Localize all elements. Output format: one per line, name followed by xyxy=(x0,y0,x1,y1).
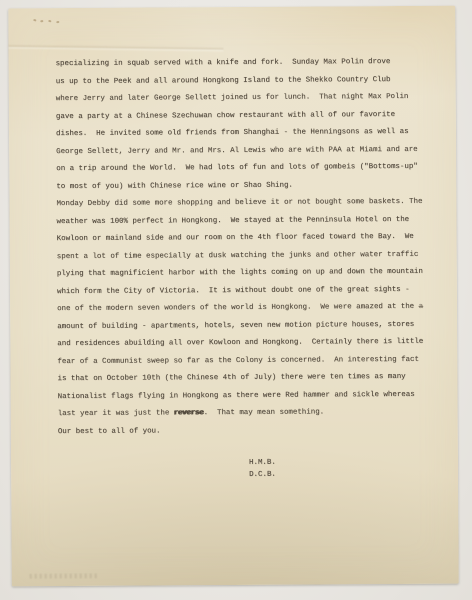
letter-line: gave a party at a Chinese Szechuwan chow… xyxy=(56,106,422,126)
letter-line: weather was 100% perfect in Hongkong. We… xyxy=(56,211,422,231)
signature-initials-line: D.C.B. xyxy=(249,469,276,481)
ink-bleed-smudge xyxy=(30,573,100,578)
struck-letter: a xyxy=(419,303,424,311)
letter-line: Monday Debby did some more shopping and … xyxy=(56,194,422,214)
letter-line: spent a lot of time especially at dusk w… xyxy=(57,246,423,266)
letter-line: on a trip around the World. We had lots … xyxy=(56,159,422,179)
letter-line: to most of you) with Chinese rice wine o… xyxy=(56,176,422,196)
letter-paper: specializing in squab served with a knif… xyxy=(8,6,459,587)
letter-line: Kowloon or mainland side and our room on… xyxy=(57,229,423,249)
pencil-mark xyxy=(48,20,51,22)
letter-line: one of the modern seven wonders of the w… xyxy=(57,299,423,319)
letter-line: us up to the Peek and all around Hongkon… xyxy=(56,71,422,91)
scan-background: specializing in squab served with a knif… xyxy=(0,0,472,600)
letter-line: George Sellett, Jerry and Mr. and Mrs. A… xyxy=(56,141,422,161)
letter-line-text: one of the modern seven wonders of the w… xyxy=(57,303,419,313)
letter-body: specializing in squab served with a knif… xyxy=(56,54,424,441)
letter-line: specializing in squab served with a knif… xyxy=(56,54,422,74)
overstruck-word: reverse xyxy=(174,409,204,417)
letter-line-text: last year it was just the xyxy=(58,409,174,418)
letter-line: fear of a Communist sweep so far as the … xyxy=(57,351,423,371)
pencil-mark xyxy=(40,20,43,22)
letter-line: last year it was just the reverse. That … xyxy=(58,404,424,424)
letter-line: Nationalist flags flying in Hongkong as … xyxy=(58,386,424,406)
letter-line: amount of building - apartments, hotels,… xyxy=(57,316,423,336)
signature-block: H.M.B. D.C.B. xyxy=(249,458,276,481)
letter-line: is that on October 10th (the Chinese 4th… xyxy=(57,369,423,389)
letter-line: which form the City of Victoria. It is w… xyxy=(57,281,423,301)
signature-initials-line: H.M.B. xyxy=(249,458,276,470)
letter-line-text: . That may mean something. xyxy=(204,408,325,417)
letter-line: dishes. He invited some old friends from… xyxy=(56,124,422,144)
pencil-mark xyxy=(56,21,59,23)
letter-line: where Jerry and later George Sellett joi… xyxy=(56,89,422,109)
paper-crease xyxy=(8,44,223,52)
letter-line: plying that magnificient harbor with the… xyxy=(57,264,423,284)
letter-line: and residences abuilding all over Kowloo… xyxy=(57,334,423,354)
pencil-mark xyxy=(33,19,36,22)
closing-line: Our best to all of you. xyxy=(58,421,424,441)
